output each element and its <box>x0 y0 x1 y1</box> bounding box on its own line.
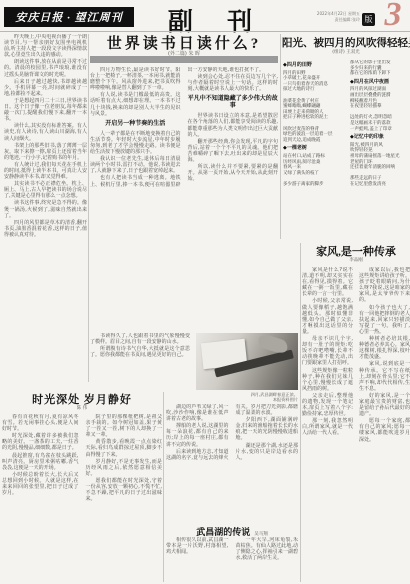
paragraph: 所以,读什么并不要紧,要紧的是翻开。从第一页开始,从今天开始,从此刻开始。 <box>188 164 279 182</box>
paragraph: 人一辈子都是在不断地变换着自己的生活节奏。年轻时大步流星,中年时步履匆匆,到老了… <box>90 131 181 155</box>
paragraph: 昨天晚上,中央电视台播了一个朗读节目,与一帮亲朋好友围坐电视机前,听主持人把一段… <box>4 34 87 58</box>
headline-divider-bar <box>90 56 278 63</box>
brand-box: 安庆日报 · 望江周刊 <box>4 7 134 27</box>
poem-line: 多少游子离家的脚步 <box>283 182 343 188</box>
paragraph: 一年大旱,河床龟裂,禾苗枯焦。有仙人路过此地,动了恻隐之心,挥袖引来一湖碧水,救… <box>236 537 299 561</box>
poem-line: ◆四月的田野 <box>283 63 343 69</box>
paragraph: 院子里的那棵枇杷树,是祖父亲手栽的。如今树冠如盖,果子黄了一茬又一茬,树下的人却… <box>86 414 163 438</box>
poem-line: 都在它的浓荫下卸下 <box>350 71 410 77</box>
paragraph: 书架上的那些旧书,落了薄薄一层灰。取下来擦一擦,扉页上还留着当年的笔迹,一行小字… <box>4 143 87 161</box>
reading-article-body: 四月万物生长,最是读书好时节。阳台上一把椅子,一杯清茶,一本闲书,就能消磨整个下… <box>90 67 278 330</box>
page-number: 3 <box>378 0 408 34</box>
paragraph: 成家以后,我也把这些规矩讲给孩子听。孩子眨着眼睛问,为什么呀?我说,这是咱家的家… <box>359 267 410 304</box>
paragraph: 于是想起四月二十三日,世界读书日。这个日子像一位老朋友,每年都来敲一次门,提醒我… <box>4 98 87 122</box>
paragraph: 读书这件事,终究是急不得的。像煲一锅汤,火候到了,滋味自然就出来了。 <box>4 200 87 218</box>
left-text-column: 昨天晚上,中央电视台播了一个朗读节目,与一帮亲朋好友围坐电视机前,听主持人把一段… <box>4 34 87 382</box>
paragraph: 种树者必培其根,种德者必养其心。家风这棵树,根扎得深,枝叶才能茂盛。 <box>359 336 410 360</box>
paragraph: 时光深处,藏着许多被我们忽略的美好。一盏茶的工夫,一炷香的光阴,慢慢品,细细数,… <box>2 433 79 451</box>
paragraph: 小时候总盼着长大,长大后又总想回到小时候。人就是这样,在来来回回的张望里,把日子… <box>2 472 79 496</box>
page-label-badge: 版 <box>362 13 375 26</box>
column-rule <box>300 243 301 582</box>
reading-article-strip: 书读得久了,人也跟着书里的气象慢慢变了模样。眉目之间,自有一段安静的山水。所谓腹… <box>90 333 190 389</box>
paragraph: 晨起推窗,有鸟雀在枝头跳跃,叫声清亮。厨房里米粥咕嘟,香气袅袅,这便是一天的开场… <box>2 453 79 471</box>
paragraph: 家风,说到底是一种传承。它不写在纸上,却刻在骨头里;它不声不响,却代代相传,生生… <box>359 361 410 391</box>
paragraph: 夕阳西下,湖面铺满碎金,归来的渔船拖着长长的水痕,把一天的光阴慢慢收进船舱。 <box>236 417 299 441</box>
family-article-body: 家风是什么?说不清,道不明,却又实实在在,看得见,摸得着。它藏在一粥一饭里,藏在… <box>302 267 410 582</box>
paragraph: 家风是什么?说不清,道不明,却又实实在在,看得见,摸得着。它藏在一粥一饭里,藏在… <box>302 267 353 297</box>
poem-body: ◆四月的田野四月的田野小草破土,花朵盛开一只鸟衔着春天的消息掠过大地的诗行油菜花… <box>283 60 410 239</box>
paragraph: 岁月静好,不是无事发生,而是历经风雨之后,依然愿意相信美好。 <box>86 459 163 477</box>
photo-shape <box>257 333 290 355</box>
poem-line: ◆四月在风中夜画 <box>350 80 410 86</box>
paragraph: 这些规矩像一粒粒种子,种在我们兄妹几个心里,慢慢长成了遮风挡雨的树。 <box>302 368 353 392</box>
paragraph: 我认识一位老先生,退休后每日清晨读两个小时书,雷打不动。他说,书读进去了,人就静… <box>90 156 181 174</box>
paragraph: 撑船的老人说,这湖里的每一朵浪花,都有自己的来历;岸上的每一座村庄,都有讲不完的… <box>166 423 229 447</box>
column-rule <box>88 34 89 382</box>
paragraph: 有人说,读书是门槛最低的高贵。这话听着有点大,细想却在理。一本书不过几十块钱,换… <box>90 92 181 116</box>
paragraph: 开启另一种节奏的生活 <box>90 121 181 128</box>
time-article-body: 春有百花秋有月,夏有凉风冬有雪。若无闲事挂心头,便是人间好时节。时光深处,藏着许… <box>2 414 162 582</box>
paragraph: 平凡中不知道隐藏了多少伟大的故事 <box>188 96 279 110</box>
poem-line: 在记忆里愈发清亮 <box>350 182 410 188</box>
paragraph: 小时候,父亲常说,做人要像稻子,越饱满越低头。那时似懂非懂,如今自己做了父亲,才… <box>302 298 353 335</box>
lake-photo <box>196 333 298 390</box>
paragraph: 愿每一个家庭,都有自己的家风;愿每一缕家风,都能吹进岁月深处。 <box>359 418 410 442</box>
paragraph: 好的家风,是一个家庭最宝贵的财富,也是留给子孙后代最好的遗产。 <box>359 393 410 417</box>
paragraph: 书读得久了,人也跟着书里的气象慢慢变了模样。眉目之间,自有一段安静的山水。 <box>90 333 190 345</box>
paragraph: 翻开那些经典,你会发现,平凡的字句背后,站着一个个不平凡的灵魂。他们把苦难嚼碎了… <box>188 139 279 163</box>
paragraph: 黄昏散步,看晚霞一点点染红天际,看归鸟成群掠过屋顶,脚步不由得慢了下来。 <box>86 439 163 457</box>
paragraph: 如今孩子也大了,有一回他把摔倒的老人扶起来,回家只轻描淡写提了一句。我听了,心里… <box>359 305 410 335</box>
middle-text-block: 湖边的芦苇又绿了,风一吹,沙沙作响,像是谁在低声讲着古老的故事。撑船的老人说,这… <box>166 404 298 522</box>
brand-title: 安庆日报 · 望江周刊 <box>15 9 122 25</box>
paragraph: 湖边的芦苇又绿了,风一吹,沙沙作响,像是谁在低声讲着古老的故事。 <box>166 404 229 422</box>
poem-line: 追到天边,追成晚霞 <box>283 138 343 144</box>
paragraph: 其实读书不必正襟危坐。枕上、厕上、马上,古人早把读书的场合说尽了,关键是心里得有… <box>4 181 87 199</box>
photo-caption-line: 本报资料图片 <box>196 397 298 402</box>
newspaper-page: 安庆日报 · 望江周刊 副 刊 2022年4月22日 星期五 责任编辑:张玲 版… <box>0 0 410 584</box>
paragraph: 世界读书日设立的本意,是希望散居在各个角落的人们,都能享受阅读的乐趣,都能尊重那… <box>188 113 279 137</box>
paragraph: 愿我们都能在时光深处,守着一份从容,安放一颗初心,不慌不忙,不急不躁,把平凡的日… <box>86 478 163 502</box>
paragraph: 有人统计过,我们每天花在手机上的时间,抵得上读半本书。可真让人安安静静读半本书,… <box>4 162 87 180</box>
column-rule <box>280 34 281 239</box>
paragraph: 朗读这件事,放在从前是寻常不过的。清晨的校园里,书声琅琅,谁没有过摇头晃脑背课文… <box>4 59 87 77</box>
paragraph: 春有百花秋有月,夏有凉风冬有雪。若无闲事挂心头,便是人间好时节。 <box>2 414 79 432</box>
legend-article-body: 相传很久以前,武昌湖一带本是一片沃野,村落相望,鸡犬相闻。一年大旱,河床龟裂,禾… <box>166 537 298 582</box>
poem-line: ◆一棵老树 <box>283 146 343 152</box>
family-article-byline: 李品刚 <box>302 257 410 263</box>
paragraph: 四月万物生长,最是读书好时节。阳台上一把椅子,一杯清茶,一本闲书,就能消磨整个下… <box>90 67 181 91</box>
time-article-byline: 陈 伟 <box>2 405 162 411</box>
paragraph: 父亲走后,整理他的遗物,发现一个笔记本,扉页上写着八个字:勤俭持家,忠厚传世。 <box>302 393 353 417</box>
date-line: 2022年4月22日 星期五 <box>316 11 360 17</box>
poem-line: 一声蛙鸣,盖上了印章 <box>350 127 410 133</box>
poem-line: ◆记忆中的印象 <box>350 135 410 141</box>
poem-title: 阳光、被四月的风吹得轻轻晃 <box>282 35 410 50</box>
paragraph: 相传很久以前,武昌湖一带本是一片沃野,村落相望,鸡犬相闻。 <box>166 537 229 555</box>
masthead-meta: 2022年4月22日 星期五 责任编辑:张玲 <box>316 11 360 22</box>
paragraph: 读什么,其实没有标准答案。有人读史,有人读诗,有人读山川湖海,有人读人间烟火。 <box>4 123 87 141</box>
editor-line: 责任编辑:张玲 <box>316 17 360 23</box>
paragraph: 所谓腹有诗书气自华,大抵就是这个意思了。愿你我都能在书页间,遇见更好的自己。 <box>90 346 190 358</box>
paragraph: 那一刻,我忽然明白,所谓家风,就是一代人活给一代人看。 <box>302 418 353 436</box>
reading-article-byline: (外二篇) 朱 晖 <box>90 50 278 57</box>
column-rule <box>163 392 164 582</box>
paragraph: 母亲不识几个字,却有一肚子的规矩:吃饭不许吧嗒嘴,长辈不动筷晚辈不能先动,出门要… <box>302 336 353 366</box>
legend-title-text: 武昌湖的传说 <box>196 527 250 537</box>
paragraph: 后来日子越过越快,书却越读越少。手机屏幕一亮,时间就碎成了一地,捡都捡不起来。 <box>4 79 87 97</box>
poem-byline: (组诗) 王双光 <box>282 49 410 55</box>
photo-caption: 四月,武昌湖畔春意正浓。 本报资料图片 <box>196 392 298 403</box>
paragraph: 四月的风里都是草木的清香,翻开书页,油墨香混着花香,这样的日子,值得被认真对待。 <box>4 220 87 238</box>
paragraph: 湖还是那个湖,水还是那片水,变的只是岸边看水的人。 <box>236 443 299 461</box>
paragraph: 读到会心处,忍不住在页边写几个字,与作者隔着时空说上一句话。这样的时刻,大概就是… <box>188 74 279 92</box>
